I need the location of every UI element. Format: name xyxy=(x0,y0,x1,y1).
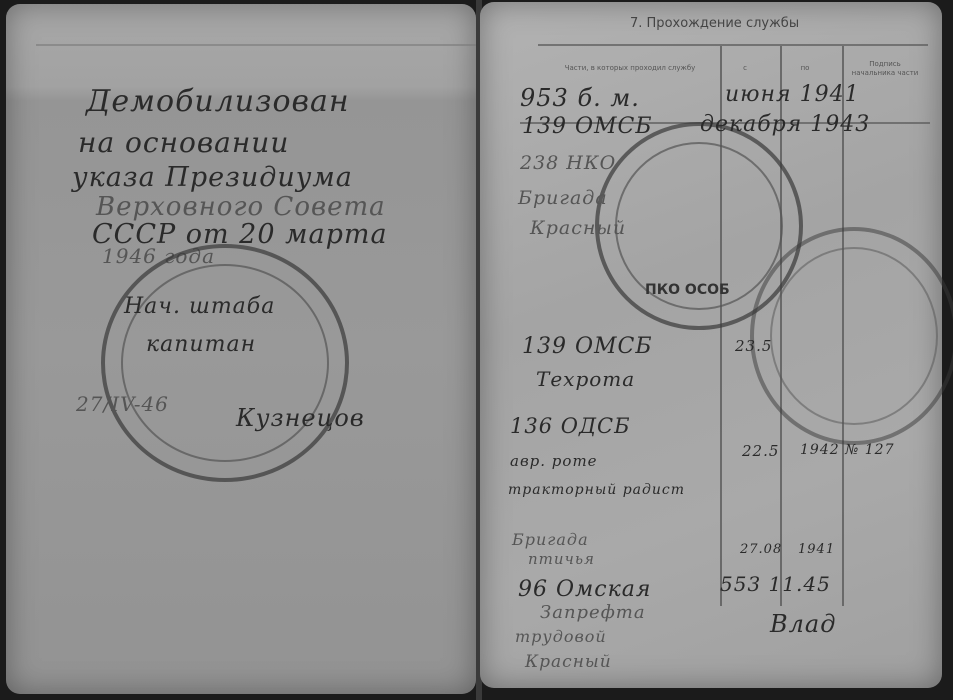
entry-note: 1942 № 127 xyxy=(800,442,895,458)
entry-unit: Красный xyxy=(525,652,612,672)
page-crease xyxy=(36,44,476,46)
date-note: 27/IV-46 xyxy=(76,392,169,416)
entry-unit: 139 ОМСБ xyxy=(522,334,653,359)
entry-unit: Бригада xyxy=(518,187,608,209)
entry-note: 1941 xyxy=(798,542,835,557)
entry-unit: тракторный радист xyxy=(508,482,685,498)
round-stamp xyxy=(101,244,349,482)
entry-date: 22.5 xyxy=(742,442,779,460)
section-header: 7. Прохождение службы xyxy=(630,16,799,31)
col-header-from: с xyxy=(725,64,765,73)
entry-date: июня 1941 xyxy=(725,82,860,107)
header-rule xyxy=(538,44,928,46)
stamp-line-1: Нач. штаба xyxy=(124,294,275,319)
entry-unit: трудовой xyxy=(515,627,607,646)
entry-unit: 136 ОДСБ xyxy=(510,414,631,438)
col-header-to: по xyxy=(785,64,825,73)
signature: Влад xyxy=(770,610,836,638)
text-line-3: указа Президиума xyxy=(72,162,353,193)
entry-date: 553 11.45 xyxy=(720,572,831,596)
entry-unit: Бригада xyxy=(512,530,589,549)
signature: Кузнецов xyxy=(236,404,365,432)
entry-unit: 953 б. м. xyxy=(520,84,640,112)
entry-date: 23.5 xyxy=(735,337,772,355)
col-header-unit: Части, в которых проходил службу xyxy=(550,64,710,73)
entry-unit: Техрота xyxy=(536,367,635,391)
col-header-sign: Подпись начальника части xyxy=(850,60,920,78)
text-line-2: на основании xyxy=(78,126,289,159)
entry-date: 27.08 xyxy=(740,542,782,557)
entry-date: декабря 1943 xyxy=(700,112,870,137)
text-line-4: Верховного Совета xyxy=(96,192,386,222)
round-stamp xyxy=(750,227,953,445)
stamp-text: ПКО ОСОБ xyxy=(645,282,730,298)
entry-unit: авр. роте xyxy=(510,452,598,470)
entry-unit: 96 Омская xyxy=(518,577,651,602)
entry-unit: 238 НКО xyxy=(520,152,616,174)
stamp-line-2: капитан xyxy=(146,332,256,357)
text-line-1: Демобилизован xyxy=(86,84,350,119)
right-page: 7. Прохождение службы Части, в которых п… xyxy=(480,2,942,688)
entry-unit: Красный xyxy=(530,217,626,239)
entry-unit: Запрефта xyxy=(540,602,646,623)
entry-unit: птичья xyxy=(528,550,595,568)
left-page: Демобилизован на основании указа Президи… xyxy=(6,4,476,694)
entry-unit: 139 ОМСБ xyxy=(522,114,653,139)
